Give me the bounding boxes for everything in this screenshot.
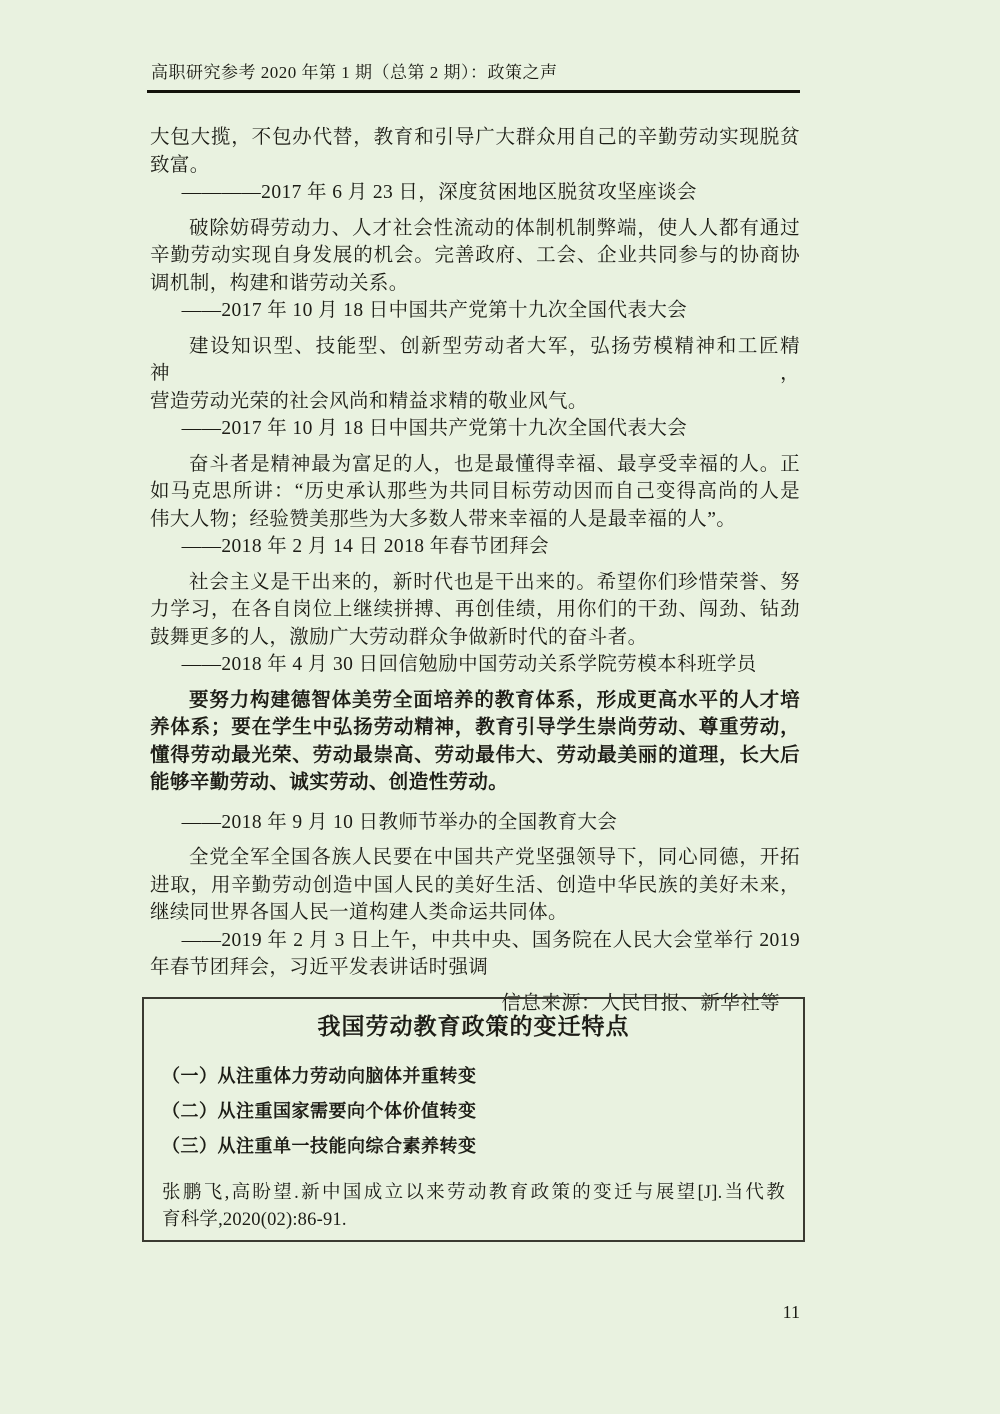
quote-line: 破除妨碍劳动力、人才社会性流动的体制机制弊端，使人人都有通过 bbox=[150, 215, 800, 243]
feature-box-citation: 张鹏飞,高盼望.新中国成立以来劳动教育政策的变迁与展望[J].当代教 育科学,2… bbox=[162, 1180, 785, 1234]
quote-line: 如马克思所讲：“历史承认那些为共同目标劳动因而自己变得高尚的人是 bbox=[150, 478, 800, 506]
feature-box-items: （一）从注重体力劳动向脑体并重转变 （二）从注重国家需要向个体价值转变 （三）从… bbox=[162, 1059, 785, 1164]
feature-box-item: （二）从注重国家需要向个体价值转变 bbox=[162, 1094, 785, 1129]
journal-title: 高职研究参考 2020 年第 1 期（总第 2 期）：政策之声 bbox=[147, 62, 800, 83]
quote-block: 破除妨碍劳动力、人才社会性流动的体制机制弊端，使人人都有通过 辛勤劳动实现自身发… bbox=[150, 215, 800, 325]
feature-box-title: 我国劳动教育政策的变迁特点 bbox=[162, 1011, 785, 1041]
quote-line: 懂得劳动最光荣、劳动最崇高、劳动最伟大、劳动最美丽的道理，长大后 bbox=[150, 742, 800, 770]
quote-block: 全党全军全国各族人民要在中国共产党坚强领导下，同心同德，开拓 进取，用辛勤劳动创… bbox=[150, 844, 800, 982]
quote-block: 要努力构建德智体美劳全面培养的教育体系，形成更高水平的人才培 养体系；要在学生中… bbox=[150, 687, 800, 837]
feature-box: 我国劳动教育政策的变迁特点 （一）从注重体力劳动向脑体并重转变 （二）从注重国家… bbox=[142, 997, 805, 1242]
quote-line: 力学习，在各自岗位上继续拼搏、再创佳绩，用你们的干劲、闯劲、钻劲 bbox=[150, 596, 800, 624]
citation-line: 育科学,2020(02):86-91. bbox=[162, 1207, 785, 1234]
quote-line: 社会主义是干出来的，新时代也是干出来的。希望你们珍惜荣誉、努 bbox=[150, 569, 800, 597]
feature-box-item: （一）从注重体力劳动向脑体并重转变 bbox=[162, 1059, 785, 1094]
quote-line: 营造劳动光荣的社会风尚和精益求精的敬业风气。 bbox=[150, 388, 800, 416]
journal-page: 高职研究参考 2020 年第 1 期（总第 2 期）：政策之声 大包大揽，不包办… bbox=[0, 0, 1000, 1414]
quote-line: 辛勤劳动实现自身发展的机会。完善政府、工会、企业共同参与的协商协 bbox=[150, 242, 800, 270]
quote-block: 社会主义是干出来的，新时代也是干出来的。希望你们珍惜荣誉、努 力学习，在各自岗位… bbox=[150, 569, 800, 679]
quote-attribution: ——2017 年 10 月 18 日中国共产党第十九次全国代表大会 bbox=[150, 415, 800, 443]
page-number: 11 bbox=[150, 1301, 800, 1323]
quote-line: 养体系；要在学生中弘扬劳动精神，教育引导学生崇尚劳动、尊重劳动， bbox=[150, 714, 800, 742]
quote-attribution: ——2017 年 10 月 18 日中国共产党第十九次全国代表大会 bbox=[150, 297, 800, 325]
quote-line: 进取，用辛勤劳动创造中国人民的美好生活、创造中华民族的美好未来， bbox=[150, 872, 800, 900]
quote-line: 全党全军全国各族人民要在中国共产党坚强领导下，同心同德，开拓 bbox=[150, 844, 800, 872]
quote-line: 继续同世界各国人民一道构建人类命运共同体。 bbox=[150, 899, 800, 927]
quote-line: 大包大揽，不包办代替，教育和引导广大群众用自己的辛勤劳动实现脱贫 bbox=[150, 124, 800, 152]
quote-line: 鼓舞更多的人，激励广大劳动群众争做新时代的奋斗者。 bbox=[150, 624, 800, 652]
quote-attribution: 年春节团拜会，习近平发表讲话时强调 bbox=[150, 954, 800, 982]
quote-attribution: ——2019 年 2 月 3 日上午，中共中央、国务院在人民大会堂举行 2019 bbox=[150, 927, 800, 955]
quote-line: 伟大人物；经验赞美那些为大多数人带来幸福的人是最幸福的人”。 bbox=[150, 506, 800, 534]
quote-line: 建设知识型、技能型、创新型劳动者大军，弘扬劳模精神和工匠精神， bbox=[150, 333, 800, 388]
citation-line: 张鹏飞,高盼望.新中国成立以来劳动教育政策的变迁与展望[J].当代教 bbox=[162, 1180, 785, 1207]
quote-attribution: ——2018 年 2 月 14 日 2018 年春节团拜会 bbox=[150, 533, 800, 561]
quote-attribution: ——2018 年 9 月 10 日教师节举办的全国教育大会 bbox=[150, 809, 800, 837]
page-content: 大包大揽，不包办代替，教育和引导广大群众用自己的辛勤劳动实现脱贫 致富。 ———… bbox=[150, 124, 800, 1017]
quote-block: 大包大揽，不包办代替，教育和引导广大群众用自己的辛勤劳动实现脱贫 致富。 ———… bbox=[150, 124, 800, 207]
quote-block: 建设知识型、技能型、创新型劳动者大军，弘扬劳模精神和工匠精神， 营造劳动光荣的社… bbox=[150, 333, 800, 443]
quote-line: 要努力构建德智体美劳全面培养的教育体系，形成更高水平的人才培 bbox=[150, 687, 800, 715]
quote-block: 奋斗者是精神最为富足的人，也是最懂得幸福、最享受幸福的人。正 如马克思所讲：“历… bbox=[150, 451, 800, 561]
quote-attribution: ————2017 年 6 月 23 日，深度贫困地区脱贫攻坚座谈会 bbox=[150, 179, 800, 207]
quote-line: 致富。 bbox=[150, 152, 800, 180]
feature-box-item: （三）从注重单一技能向综合素养转变 bbox=[162, 1129, 785, 1164]
quote-line: 调机制，构建和谐劳动关系。 bbox=[150, 270, 800, 298]
quote-line: 奋斗者是精神最为富足的人，也是最懂得幸福、最享受幸福的人。正 bbox=[150, 451, 800, 479]
quote-attribution: ——2018 年 4 月 30 日回信勉励中国劳动关系学院劳模本科班学员 bbox=[150, 651, 800, 679]
page-header: 高职研究参考 2020 年第 1 期（总第 2 期）：政策之声 bbox=[147, 62, 800, 93]
quote-line: 能够辛勤劳动、诚实劳动、创造性劳动。 bbox=[150, 769, 800, 797]
